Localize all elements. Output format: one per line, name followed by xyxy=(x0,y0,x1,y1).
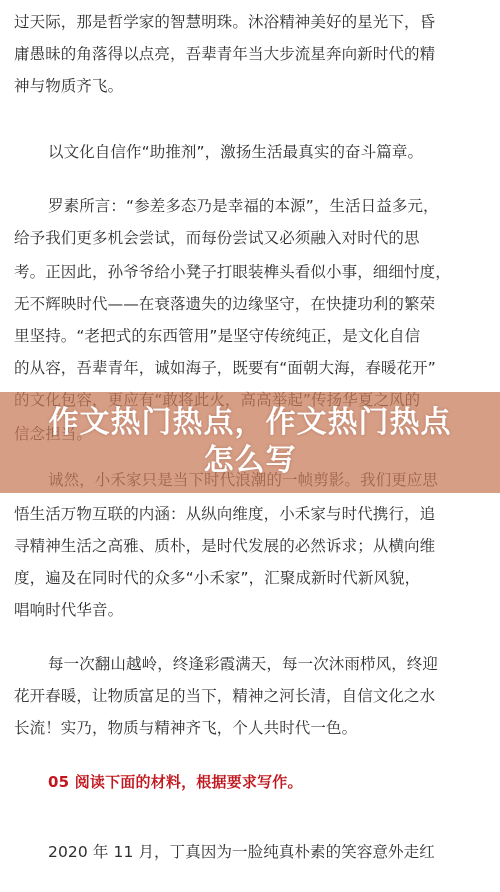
article-line: 里坚持。“老把式的东西管用”是坚守传统纯正，是文化自信 xyxy=(14,326,490,346)
article-line: 花开春暖，让物质富足的当下，精神之河长清，自信文化之水 xyxy=(14,686,490,706)
article-title: 作文热门热点，作文热门热点 怎么写 xyxy=(0,404,500,480)
article-line: 度，遍及在同时代的众多“小禾家”，汇聚成新时代新风貌， xyxy=(14,568,490,588)
article-line: 长流！实乃，物质与精神齐飞，个人共时代一色。 xyxy=(14,718,490,738)
article-line: 神与物质齐飞。 xyxy=(14,76,490,96)
article-line: 的从容，吾辈青年，诚如海子，既要有“面朝大海，春暖花开” xyxy=(14,358,490,378)
article-line: 寻精神生活之高雅、质朴，是时代发展的必然诉求；从横向维 xyxy=(14,536,490,556)
article-line: 过天际，那是哲学家的智慧明珠。沐浴精神美好的星光下，昏 xyxy=(14,12,490,32)
article-line: 以文化自信作“助推剂”，激扬生活最真实的奋斗篇章。 xyxy=(48,142,490,162)
article-title-line-2: 怎么写 xyxy=(0,442,500,480)
article-line: 2020 年 11 月，丁真因为一脸纯真朴素的笑容意外走红 xyxy=(48,842,490,862)
article-line: 唱响时代华音。 xyxy=(14,600,490,620)
article-line: 考。正因此，孙爷爷给小凳子打眼装榫头看似小事，细细忖度， xyxy=(14,262,490,282)
article-line: 每一次翻山越岭，终逢彩霞满天，每一次沐雨栉风，终迎 xyxy=(48,654,490,674)
article-line: 无不辉映时代——在衰落遗失的边缘坚守，在快捷功利的繁荣 xyxy=(14,294,490,314)
article-line: 罗素所言：“参差多态乃是幸福的本源”，生活日益多元， xyxy=(48,196,490,216)
article-line: 庸愚昧的角落得以点亮，吾辈青年当大步流星奔向新时代的精 xyxy=(14,44,490,64)
article-line: 悟生活万物互联的内涵：从纵向维度，小禾家与时代携行，追 xyxy=(14,504,490,524)
section-heading: 05 阅读下面的材料，根据要求写作。 xyxy=(48,772,303,792)
article-line: 给予我们更多机会尝试，而每份尝试又必须融入对时代的思 xyxy=(14,228,490,248)
article-title-line-1: 作文热门热点，作文热门热点 xyxy=(0,404,500,442)
article-page: 过天际，那是哲学家的智慧明珠。沐浴精神美好的星光下，昏 庸愚昧的角落得以点亮，吾… xyxy=(0,0,500,892)
